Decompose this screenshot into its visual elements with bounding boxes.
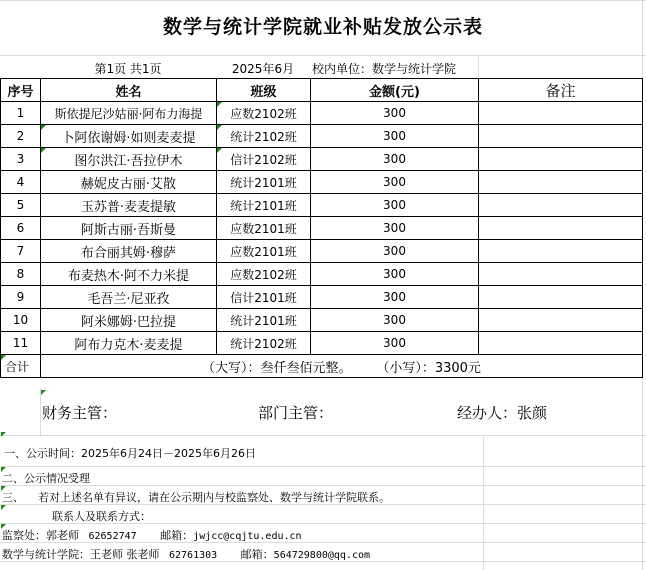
cell-no[interactable]: 11 xyxy=(1,332,41,355)
cell-no[interactable]: 6 xyxy=(1,217,41,240)
cell-class[interactable]: 统计2101班 xyxy=(217,309,311,332)
cell-class-text: 信计2102班 xyxy=(230,153,297,167)
cell-amount[interactable]: 300 xyxy=(311,332,479,355)
cell-name[interactable]: 布麦热木·阿不力米提 xyxy=(41,263,217,286)
cell-no[interactable]: 4 xyxy=(1,171,41,194)
subsidy-table: 序号 姓名 班级 金额(元) 备注 1 斯依提尼沙姑丽·阿布力海提 应数2102… xyxy=(0,78,643,378)
table-row: 11 阿布力克木·麦麦提 统计2102班 300 xyxy=(1,332,643,355)
cell-note[interactable] xyxy=(479,125,643,148)
cell-amount[interactable]: 300 xyxy=(311,171,479,194)
gridline xyxy=(0,435,646,436)
table-header-row: 序号 姓名 班级 金额(元) 备注 xyxy=(1,79,643,102)
cell-note[interactable] xyxy=(479,263,643,286)
cell-no[interactable]: 8 xyxy=(1,263,41,286)
cell-class[interactable]: 应数2101班 xyxy=(217,217,311,240)
cell-amount[interactable]: 300 xyxy=(311,240,479,263)
cell-name[interactable]: 图尔洪江·吾拉伊木 xyxy=(41,148,217,171)
finance-supervisor: 财务主管： xyxy=(42,402,117,423)
table-row: 2 卜阿依谢姆·如则麦麦提 统计2102班 300 xyxy=(1,125,643,148)
cell-name[interactable]: 卜阿依谢姆·如则麦麦提 xyxy=(41,125,217,148)
cell-amount[interactable]: 300 xyxy=(311,194,479,217)
cell-class[interactable]: 信计2102班 xyxy=(217,148,311,171)
cell-amount[interactable]: 300 xyxy=(311,263,479,286)
comment-indicator-icon xyxy=(217,102,222,107)
gridline xyxy=(40,388,41,435)
cell-no[interactable]: 10 xyxy=(1,309,41,332)
cell-name[interactable]: 阿斯古丽·吾斯曼 xyxy=(41,217,217,240)
cell-amount[interactable]: 300 xyxy=(311,286,479,309)
cell-class[interactable]: 统计2101班 xyxy=(217,171,311,194)
cell-no[interactable]: 2 xyxy=(1,125,41,148)
cell-class[interactable]: 统计2101班 xyxy=(217,194,311,217)
contact-college-email[interactable]: 564729800@qq.com xyxy=(274,550,370,561)
table-row: 5 玉苏普·麦麦提敏 统计2101班 300 xyxy=(1,194,643,217)
gridline xyxy=(478,55,479,77)
contact-heading: 联系人及联系方式： xyxy=(52,508,151,524)
comment-indicator-icon xyxy=(1,355,6,360)
gridline xyxy=(0,0,646,1)
table-row: 9 毛吾兰·尼亚孜 信计2101班 300 xyxy=(1,286,643,309)
comment-indicator-icon xyxy=(1,432,6,437)
cell-class[interactable]: 应数2101班 xyxy=(217,240,311,263)
cell-no[interactable]: 7 xyxy=(1,240,41,263)
contact-college-names: 数学与统计学院：王老师 张老师 xyxy=(2,548,160,561)
cell-no[interactable]: 5 xyxy=(1,194,41,217)
table-row: 4 赫妮皮古丽·艾散 统计2101班 300 xyxy=(1,171,643,194)
gridline xyxy=(483,435,484,570)
cell-name[interactable]: 毛吾兰·尼亚孜 xyxy=(41,286,217,309)
cell-name[interactable]: 赫妮皮古丽·艾散 xyxy=(41,171,217,194)
unit-label: 校内单位：数学与统计学院 xyxy=(312,60,456,77)
table-row: 6 阿斯古丽·吾斯曼 应数2101班 300 xyxy=(1,217,643,240)
table-row: 7 布合丽其姆·穆萨 应数2101班 300 xyxy=(1,240,643,263)
table-row: 1 斯依提尼沙姑丽·阿布力海提 应数2102班 300 xyxy=(1,102,643,125)
email-label: 邮箱： xyxy=(160,529,193,542)
notice-objection: 三、 若对上述名单有异议，请在公示期内与校监察处、数学与统计学院联系。 xyxy=(2,489,390,505)
cell-class[interactable]: 信计2101班 xyxy=(217,286,311,309)
cell-name[interactable]: 斯依提尼沙姑丽·阿布力海提 xyxy=(41,102,217,125)
gridline xyxy=(0,55,646,56)
table-row: 3 图尔洪江·吾拉伊木 信计2102班 300 xyxy=(1,148,643,171)
comment-indicator-icon xyxy=(217,148,222,153)
cell-note[interactable] xyxy=(479,286,643,309)
comment-indicator-icon xyxy=(1,505,6,510)
cell-amount[interactable]: 300 xyxy=(311,102,479,125)
contact-supervision-name: 监察处：郭老师 xyxy=(2,529,79,542)
gridline xyxy=(0,466,646,467)
cell-class[interactable]: 统计2102班 xyxy=(217,125,311,148)
cell-name[interactable]: 布合丽其姆·穆萨 xyxy=(41,240,217,263)
comment-indicator-icon xyxy=(41,390,46,395)
cell-class-text: 应数2102班 xyxy=(230,107,297,121)
column-header-note[interactable]: 备注 xyxy=(479,79,643,102)
email-label: 邮箱： xyxy=(241,548,274,561)
cell-name[interactable]: 阿布力克木·麦麦提 xyxy=(41,332,217,355)
cell-note[interactable] xyxy=(479,309,643,332)
contact-supervision-phone: 62652747 xyxy=(89,531,137,542)
report-date: 2025年6月 xyxy=(216,60,310,77)
cell-name[interactable]: 玉苏普·麦麦提敏 xyxy=(41,194,217,217)
contact-supervision: 监察处：郭老师 62652747 邮箱：jwjcc@cqjtu.edu.cn xyxy=(2,527,302,543)
gridline xyxy=(0,485,646,486)
department-supervisor: 部门主管： xyxy=(258,402,333,423)
cell-note[interactable] xyxy=(479,171,643,194)
cell-name-text: 图尔洪江·吾拉伊木 xyxy=(74,154,182,169)
cell-no[interactable]: 1 xyxy=(1,102,41,125)
cell-note[interactable] xyxy=(479,194,643,217)
cell-note[interactable] xyxy=(479,217,643,240)
column-header-name[interactable]: 姓名 xyxy=(41,79,217,102)
cell-class[interactable]: 应数2102班 xyxy=(217,102,311,125)
cell-amount[interactable]: 300 xyxy=(311,217,479,240)
notice-period: 一、公示时间：2025年6月24日－2025年6月26日 xyxy=(4,445,256,461)
column-header-amount[interactable]: 金额(元) xyxy=(311,79,479,102)
handler: 经办人：张颜 xyxy=(457,402,547,423)
cell-note[interactable] xyxy=(479,332,643,355)
cell-amount[interactable]: 300 xyxy=(311,125,479,148)
total-row: 合计 （大写）：叁仟叁佰元整。 （小写）：3300元 xyxy=(1,355,643,378)
cell-note[interactable] xyxy=(479,102,643,125)
column-header-no[interactable]: 序号 xyxy=(1,79,41,102)
cell-no[interactable]: 3 xyxy=(1,148,41,171)
cell-name-text: 卜阿依谢姆·如则麦麦提 xyxy=(61,131,195,146)
contact-college: 数学与统计学院：王老师 张老师 62761303 邮箱：564729800@qq… xyxy=(2,546,370,562)
cell-class[interactable]: 统计2102班 xyxy=(217,332,311,355)
cell-amount[interactable]: 300 xyxy=(311,309,479,332)
cell-amount[interactable]: 300 xyxy=(311,148,479,171)
table-row: 10 阿米娜姆·巴拉提 统计2101班 300 xyxy=(1,309,643,332)
total-amount-cell[interactable]: （大写）：叁仟叁佰元整。 （小写）：3300元 xyxy=(41,355,643,378)
cell-class-text: 统计2102班 xyxy=(230,130,297,144)
total-label-cell[interactable]: 合计 xyxy=(1,355,41,378)
spreadsheet-sheet: 数学与统计学院就业补贴发放公示表 第1页 共1页 2025年6月 校内单位：数学… xyxy=(0,0,646,570)
notice-handling: 二、公示情况受理 xyxy=(2,470,90,486)
total-label: 合计 xyxy=(5,360,29,374)
cell-no[interactable]: 9 xyxy=(1,286,41,309)
page-info: 第1页 共1页 xyxy=(40,60,216,77)
column-header-class[interactable]: 班级 xyxy=(217,79,311,102)
cell-note[interactable] xyxy=(479,148,643,171)
comment-indicator-icon xyxy=(41,148,46,153)
contact-supervision-email[interactable]: jwjcc@cqjtu.edu.cn xyxy=(193,531,301,542)
table-row: 8 布麦热木·阿不力米提 应数2102班 300 xyxy=(1,263,643,286)
cell-note[interactable] xyxy=(479,240,643,263)
page-title: 数学与统计学院就业补贴发放公示表 xyxy=(0,12,646,39)
cell-name[interactable]: 阿米娜姆·巴拉提 xyxy=(41,309,217,332)
comment-indicator-icon xyxy=(217,125,222,130)
cell-class[interactable]: 应数2102班 xyxy=(217,263,311,286)
contact-college-phone: 62761303 xyxy=(169,550,217,561)
comment-indicator-icon xyxy=(41,125,46,130)
